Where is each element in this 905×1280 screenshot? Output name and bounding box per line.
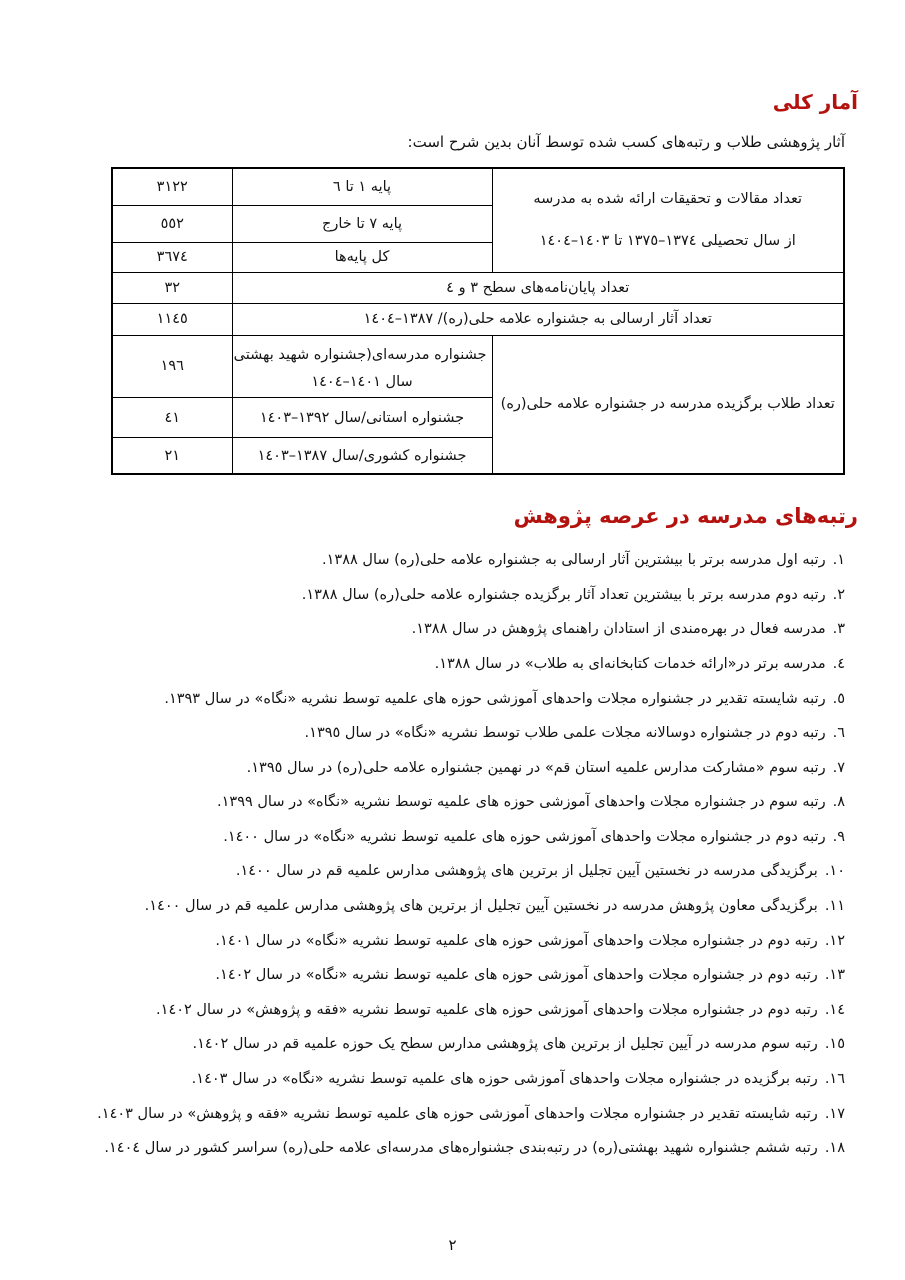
articles-category-cell: تعداد مقالات و تحقیقات ارائه شده به مدرس… <box>492 168 844 272</box>
school-festival-label: جشنواره مدرسه‌ای(جشنواره شهید بهشتی(ره) … <box>232 335 492 398</box>
articles-category-line1: تعداد مقالات و تحقیقات ارائه شده به مدرس… <box>498 178 839 220</box>
province-festival-value: ٤١ <box>112 398 232 438</box>
item-text: برگزیدگی معاون پژوهش مدرسه در نخستین آیی… <box>145 898 818 914</box>
item-text: رتبه شایسته تقدیر در جشنواره مجلات واحده… <box>97 1106 818 1122</box>
list-item: ١٢.رتبه دوم در جشنواره مجلات واحدهای آمو… <box>0 923 845 958</box>
item-text: رتبه برگزیده در جشنواره مجلات واحدهای آم… <box>192 1071 818 1087</box>
grade-1-6-value: ٣١٢٢ <box>112 168 232 205</box>
item-number: ٩. <box>833 829 845 845</box>
province-festival-label: جشنواره استانی/سال ١٣٩٢–١٤٠٣ <box>232 398 492 438</box>
ranks-list: ١.رتبه اول مدرسه برتر با بیشترین آثار ار… <box>0 543 845 1166</box>
item-number: ١٤. <box>825 1002 845 1018</box>
item-number: ٨. <box>833 794 845 810</box>
item-number: ٦. <box>833 725 845 741</box>
item-number: ٣. <box>833 621 845 637</box>
item-text: رتبه ششم جشنواره شهید بهشتی(ره) در رتبه‌… <box>104 1140 817 1156</box>
list-item: ١٥.رتبه سوم مدرسه در آیین تجلیل از برتری… <box>0 1027 845 1062</box>
page-number: ٢ <box>0 1236 905 1254</box>
stats-table: تعداد مقالات و تحقیقات ارائه شده به مدرس… <box>111 167 845 475</box>
submitted-works-value: ١١٤٥ <box>112 303 232 335</box>
list-item: ١٨.رتبه ششم جشنواره شهید بهشتی(ره) در رت… <box>0 1131 845 1166</box>
item-number: ١٦. <box>825 1071 845 1087</box>
list-item: ٨.رتبه سوم در جشنواره مجلات واحدهای آموز… <box>0 785 845 820</box>
list-item: ٦.رتبه دوم در جشنواره دوسالانه مجلات علم… <box>0 716 845 751</box>
item-number: ١٢. <box>825 933 845 949</box>
stats-intro: آثار پژوهشی طلاب و رتبه‌های کسب شده توسط… <box>0 131 845 154</box>
item-number: ١٥. <box>825 1036 845 1052</box>
item-text: رتبه دوم در جشنواره مجلات واحدهای آموزشی… <box>215 967 817 983</box>
item-number: ١١. <box>825 898 845 914</box>
item-text: رتبه دوم مدرسه برتر با بیشترین تعداد آثا… <box>302 587 826 603</box>
table-row: تعداد پایان‌نامه‌های سطح ٣ و ٤ ٣٢ <box>112 272 844 303</box>
list-item: ١٤.رتبه دوم در جشنواره مجلات واحدهای آمو… <box>0 993 845 1028</box>
list-item: ١٧.رتبه شایسته تقدیر در جشنواره مجلات وا… <box>0 1096 845 1131</box>
item-text: رتبه شایسته تقدیر در جشنواره مجلات واحده… <box>164 691 825 707</box>
year-range: ١٣٨٧–١٤٠٤ <box>364 311 434 327</box>
item-text: مدرسه فعال در بهره‌مندی از استادان راهنم… <box>412 621 826 637</box>
list-item: ٤.مدرسه برتر در«ارائه خدمات کتابخانه‌ای … <box>0 647 845 682</box>
grade-1-6-label: پایه ١ تا ٦ <box>232 168 492 205</box>
theses-label: تعداد پایان‌نامه‌های سطح ٣ و ٤ <box>232 272 844 303</box>
selected-students-category-cell: تعداد طلاب برگزیده مدرسه در جشنواره علام… <box>492 335 844 474</box>
list-item: ٣.مدرسه فعال در بهره‌مندی از استادان راه… <box>0 612 845 647</box>
national-festival-value: ٢١ <box>112 438 232 474</box>
table-row: تعداد آثار ارسالی به جشنواره علامه حلی(ر… <box>112 303 844 335</box>
year-range: ١٣٨٧–١٤٠٣ <box>258 448 328 464</box>
list-item: ١.رتبه اول مدرسه برتر با بیشترین آثار ار… <box>0 543 845 578</box>
theses-value: ٣٢ <box>112 272 232 303</box>
item-text: رتبه دوم در جشنواره مجلات واحدهای آموزشی… <box>223 829 825 845</box>
item-text: رتبه سوم «مشارکت مدارس علمیه استان قم» د… <box>247 760 826 776</box>
list-item: ١٦.رتبه برگزیده در جشنواره مجلات واحدهای… <box>0 1062 845 1097</box>
national-festival-label: جشنواره کشوری/سال ١٣٨٧–١٤٠٣ <box>232 438 492 474</box>
list-item: ٥.رتبه شایسته تقدیر در جشنواره مجلات واح… <box>0 681 845 716</box>
school-festival-value: ١٩٦ <box>112 335 232 398</box>
item-number: ١٨. <box>825 1140 845 1156</box>
year-range: ١٣٩٢–١٤٠٣ <box>260 410 330 426</box>
item-number: ١٠. <box>825 863 845 879</box>
item-text: برگزیدگی مدرسه در نخستین آیین تجلیل از ب… <box>236 863 818 879</box>
list-item: ٢.رتبه دوم مدرسه برتر با بیشترین تعداد آ… <box>0 577 845 612</box>
item-number: ٧. <box>833 760 845 776</box>
grade-7-plus-label: پایه ٧ تا خارج <box>232 205 492 242</box>
item-text: رتبه سوم در جشنواره مجلات واحدهای آموزشی… <box>217 794 826 810</box>
item-number: ١٧. <box>825 1106 845 1122</box>
year-range: ١٤٠١–١٤٠٤ <box>311 374 381 390</box>
item-number: ١. <box>833 552 845 568</box>
list-item: ١٣.رتبه دوم در جشنواره مجلات واحدهای آمو… <box>0 958 845 993</box>
list-item: ٩.رتبه دوم در جشنواره مجلات واحدهای آموز… <box>0 820 845 855</box>
grade-7-plus-value: ٥٥٢ <box>112 205 232 242</box>
item-number: ٤. <box>833 656 845 672</box>
submitted-works-label: تعداد آثار ارسالی به جشنواره علامه حلی(ر… <box>232 303 844 335</box>
table-row: تعداد طلاب برگزیده مدرسه در جشنواره علام… <box>112 335 844 398</box>
item-number: ٥. <box>833 691 845 707</box>
item-text: رتبه دوم در جشنواره مجلات واحدهای آموزشی… <box>156 1002 818 1018</box>
item-text: رتبه دوم در جشنواره دوسالانه مجلات علمی … <box>305 725 826 741</box>
item-text: رتبه دوم در جشنواره مجلات واحدهای آموزشی… <box>215 933 817 949</box>
table-row: تعداد مقالات و تحقیقات ارائه شده به مدرس… <box>112 168 844 205</box>
item-text: رتبه سوم مدرسه در آیین تجلیل از برترین ه… <box>192 1036 817 1052</box>
all-grades-label: کل پایه‌ها <box>232 242 492 272</box>
stats-heading: آمار کلی <box>0 0 858 116</box>
ranks-heading: رتبه‌های مدرسه در عرصه پژوهش <box>0 501 858 531</box>
document-page: آمار کلی آثار پژوهشی طلاب و رتبه‌های کسب… <box>0 0 905 1280</box>
item-text: رتبه اول مدرسه برتر با بیشترین آثار ارسا… <box>322 552 826 568</box>
list-item: ٧.رتبه سوم «مشارکت مدارس علمیه استان قم»… <box>0 750 845 785</box>
list-item: ١١.برگزیدگی معاون پژوهش مدرسه در نخستین … <box>0 889 845 924</box>
item-text: مدرسه برتر در«ارائه خدمات کتابخانه‌ای به… <box>435 656 826 672</box>
item-number: ١٣. <box>825 967 845 983</box>
all-grades-value: ٣٦٧٤ <box>112 242 232 272</box>
item-number: ٢. <box>833 587 845 603</box>
year-range: ١٣٧٤–١٣٧٥ <box>627 233 697 249</box>
list-item: ١٠.برگزیدگی مدرسه در نخستین آیین تجلیل ا… <box>0 854 845 889</box>
year-range: ١٤٠٣–١٤٠٤ <box>540 233 610 249</box>
articles-category-line2: از سال تحصیلی ١٣٧٤–١٣٧٥ تا ١٤٠٣–١٤٠٤ <box>498 220 839 262</box>
